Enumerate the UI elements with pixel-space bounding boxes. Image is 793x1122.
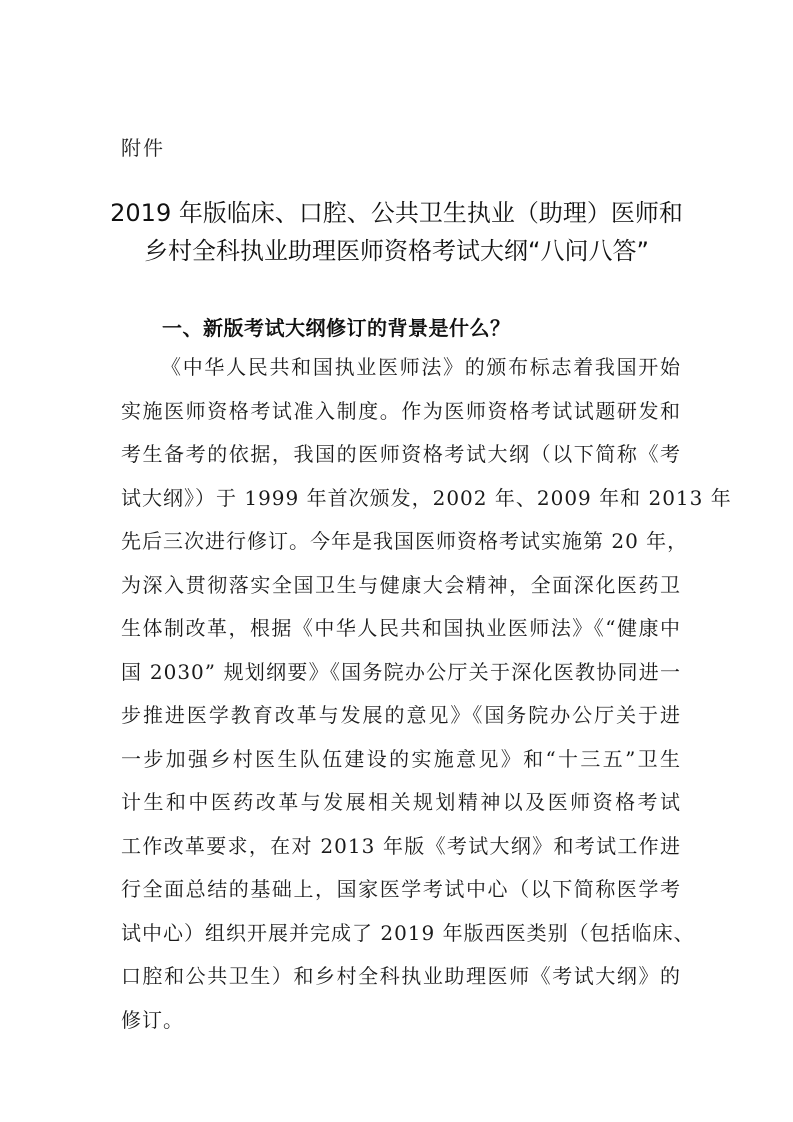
body-line: 工作改革要求，在对 2013 年版《考试大纲》和考试工作进 [121, 831, 681, 875]
body-line: 《中华人民共和国执业医师法》的颁布标志着我国开始 [121, 352, 681, 396]
body-line: 口腔和公共卫生）和乡村全科执业助理医师《考试大纲》的 [121, 961, 681, 1005]
body-line: 行全面总结的基础上，国家医学考试中心（以下简称医学考 [121, 874, 681, 918]
body-line: 先后三次进行修订。今年是我国医师资格考试实施第 20 年， [121, 526, 681, 570]
document-title-line-1: 2019 年版临床、口腔、公共卫生执业（助理）医师和 [0, 198, 793, 228]
body-line: 实施医师资格考试准入制度。作为医师资格考试试题研发和 [121, 396, 681, 440]
body-line: 计生和中医药改革与发展相关规划精神以及医师资格考试 [121, 787, 681, 831]
body-line: 试大纲》）于 1999 年首次颁发，2002 年、2009 年和 2013 年 [121, 483, 681, 527]
section-heading: 一、新版考试大纲修订的背景是什么？ [162, 312, 511, 341]
body-line: 生体制改革，根据《中华人民共和国执业医师法》《“健康中 [121, 613, 681, 657]
body-line: 国 2030” 规划纲要》《国务院办公厅关于深化医教协同进一 [121, 657, 681, 701]
body-line: 为深入贯彻落实全国卫生与健康大会精神，全面深化医药卫 [121, 570, 681, 614]
section-body: 《中华人民共和国执业医师法》的颁布标志着我国开始 实施医师资格考试准入制度。作为… [121, 352, 681, 1048]
body-line: 考生备考的依据，我国的医师资格考试大纲（以下简称《考 [121, 439, 681, 483]
body-line: 步推进医学教育改革与发展的意见》《国务院办公厅关于进 [121, 700, 681, 744]
body-line: 试中心）组织开展并完成了 2019 年版西医类别（包括临床、 [121, 918, 681, 962]
attachment-label: 附件 [121, 132, 165, 161]
body-line: 修订。 [121, 1005, 681, 1049]
body-line: 一步加强乡村医生队伍建设的实施意见》和“十三五”卫生 [121, 744, 681, 788]
document-title-line-2: 乡村全科执业助理医师资格考试大纲“八问八答” [0, 236, 793, 266]
document-page: 附件 2019 年版临床、口腔、公共卫生执业（助理）医师和 乡村全科执业助理医师… [0, 0, 793, 1122]
